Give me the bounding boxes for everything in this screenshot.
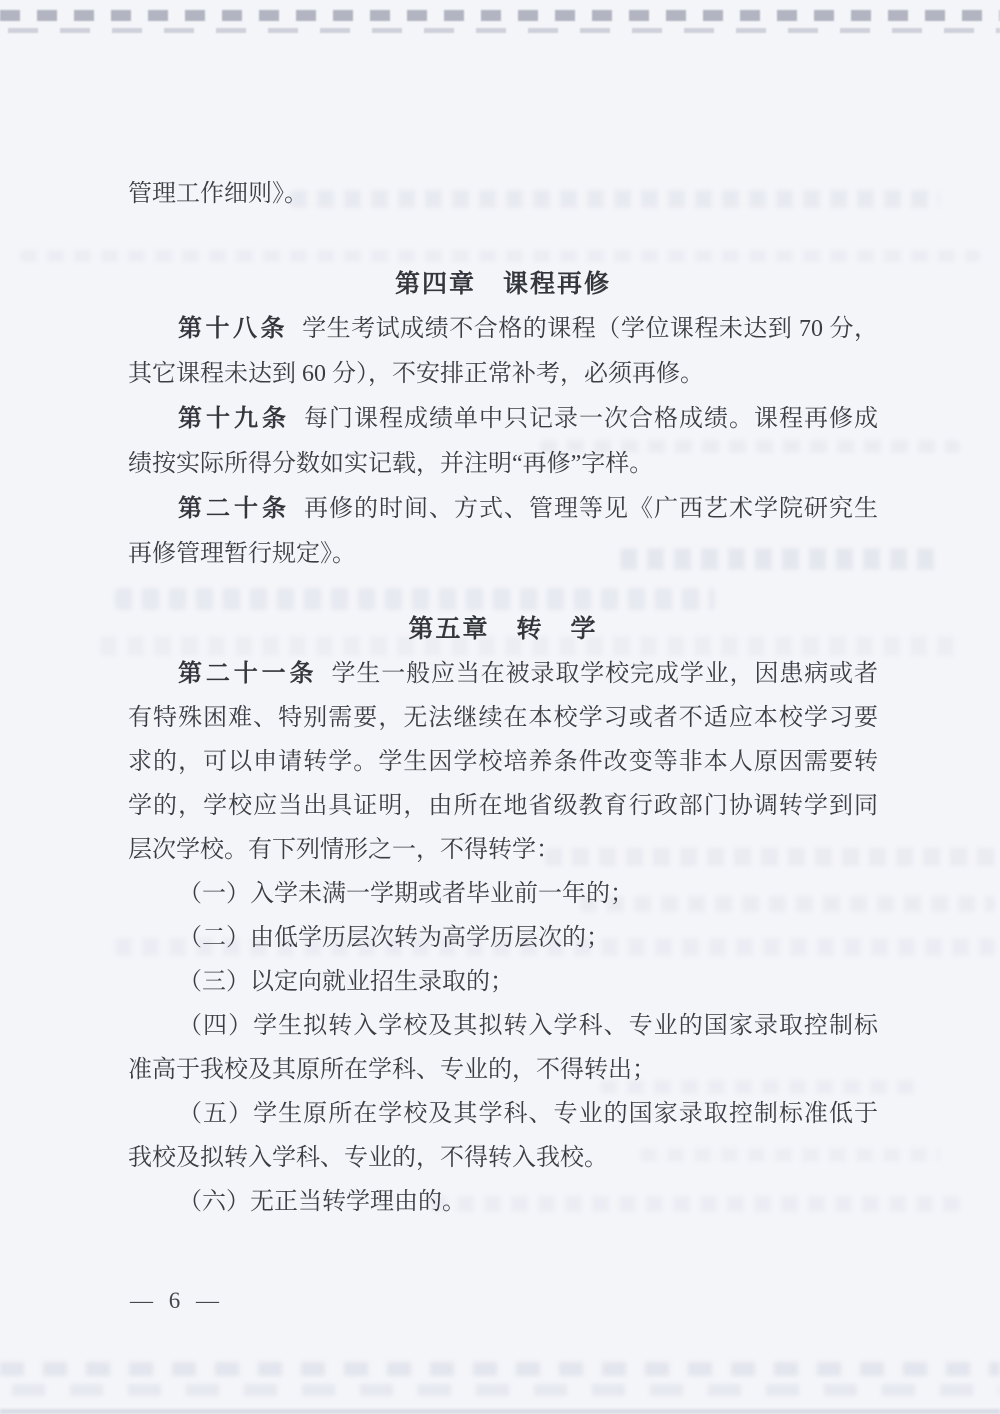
article-text: 每门课程成绩单中只记录一次合格成绩。课程再修成 <box>304 406 878 432</box>
list-item-line: （二）由低学历层次转为高学历层次的； <box>128 916 878 960</box>
document-text-block: 管理工作细则》。第四章 课程再修第十八条学生考试成绩不合格的课程（学位课程未达到… <box>128 172 878 1224</box>
scanned-document-page: 管理工作细则》。第四章 课程再修第十八条学生考试成绩不合格的课程（学位课程未达到… <box>0 0 1000 1414</box>
chapter-heading: 第四章 课程再修 <box>128 262 878 307</box>
text-line: 有特殊困难、特别需要，无法继续在本校学习或者不适应本校学习要 <box>128 696 878 740</box>
scan-noise-bottom-edge <box>0 1358 1000 1402</box>
article-number: 第二十一条 <box>178 661 331 687</box>
article-text: 再修的时间、方式、管理等见《广西艺术学院研究生 <box>304 496 878 522</box>
article-first-line: 第十九条每门课程成绩单中只记录一次合格成绩。课程再修成 <box>128 397 878 442</box>
text-line: 准高于我校及其原所在学科、专业的，不得转出； <box>128 1048 878 1092</box>
article-number: 第十九条 <box>178 406 304 432</box>
article-text: 学生考试成绩不合格的课程（学位课程未达到 70 分， <box>302 316 878 342</box>
list-item-line: （三）以定向就业招生录取的； <box>128 960 878 1004</box>
text-line: 学的，学校应当出具证明，由所在地省级教育行政部门协调转学到同 <box>128 784 878 828</box>
scan-noise-top-edge <box>0 8 1000 42</box>
article-first-line: 第二十条再修的时间、方式、管理等见《广西艺术学院研究生 <box>128 487 878 532</box>
list-item-line: （一）入学未满一学期或者毕业前一年的； <box>128 872 878 916</box>
text-line: 其它课程未达到 60 分），不安排正常补考，必须再修。 <box>128 352 878 397</box>
chapter-heading: 第五章 转 学 <box>128 607 878 652</box>
text-line: 求的，可以申请转学。学生因学校培养条件改变等非本人原因需要转 <box>128 740 878 784</box>
article-text: 学生一般应当在被录取学校完成学业，因患病或者 <box>331 661 878 687</box>
chapter-section: 第二十一条学生一般应当在被录取学校完成学业，因患病或者有特殊困难、特别需要，无法… <box>128 652 878 1224</box>
scan-edge-shadow <box>0 1409 1000 1414</box>
list-item-line: （六）无正当转学理由的。 <box>128 1180 878 1224</box>
page-number: — 6 — <box>130 1288 224 1314</box>
article-number: 第二十条 <box>178 496 304 522</box>
text-line: 层次学校。有下列情形之一，不得转学： <box>128 828 878 872</box>
text-line: 我校及拟转入学科、专业的，不得转入我校。 <box>128 1136 878 1180</box>
text-line: 管理工作细则》。 <box>128 172 878 217</box>
article-first-line: 第十八条学生考试成绩不合格的课程（学位课程未达到 70 分， <box>128 307 878 352</box>
list-item-line: （五）学生原所在学校及其学科、专业的国家录取控制标准低于 <box>128 1092 878 1136</box>
list-item-line: （四）学生拟转入学校及其拟转入学科、专业的国家录取控制标 <box>128 1004 878 1048</box>
text-line: 绩按实际所得分数如实记载，并注明“再修”字样。 <box>128 442 878 487</box>
text-line: 再修管理暂行规定》。 <box>128 532 878 577</box>
article-number: 第十八条 <box>178 316 302 342</box>
article-first-line: 第二十一条学生一般应当在被录取学校完成学业，因患病或者 <box>128 652 878 696</box>
